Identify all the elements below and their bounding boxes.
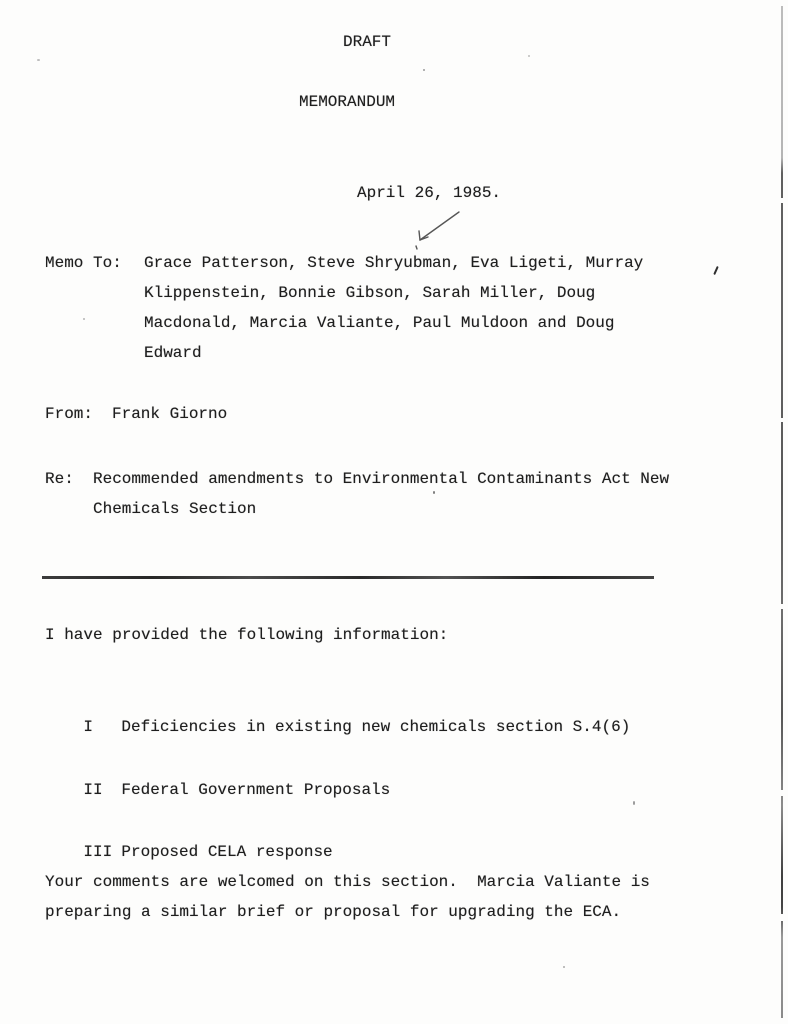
re-line: Chemicals Section [93, 494, 669, 524]
re-line: Recommended amendments to Environmental … [93, 464, 669, 494]
scan-speck [37, 59, 40, 61]
from-label: From: [45, 399, 93, 429]
scan-speck [633, 801, 635, 805]
body-intro: I have provided the following informatio… [45, 620, 448, 650]
memo-to-line: Macdonald, Marcia Valiante, Paul Muldoon… [144, 308, 643, 338]
re-subject: Recommended amendments to Environmental … [93, 464, 669, 524]
memo-to-line: Grace Patterson, Steve Shryubman, Eva Li… [144, 248, 643, 278]
memo-to-recipients: Grace Patterson, Steve Shryubman, Eva Li… [144, 248, 643, 368]
closing-line: Your comments are welcomed on this secti… [45, 867, 650, 897]
outline-item-numeral: I [83, 712, 121, 742]
scan-speck [563, 966, 565, 968]
scan-speck [433, 491, 435, 494]
section-divider [42, 576, 654, 579]
memo-page: DRAFT MEMORANDUM April 26, 1985. Memo To… [0, 0, 788, 1024]
outline-item-text: Deficiencies in existing new chemicals s… [121, 718, 630, 736]
closing-paragraph: Your comments are welcomed on this secti… [45, 867, 650, 927]
scan-speck [83, 318, 85, 320]
closing-line: preparing a similar brief or proposal fo… [45, 897, 650, 927]
outline-item-text: Proposed CELA response [121, 843, 332, 861]
draft-watermark: DRAFT [343, 27, 391, 57]
re-label: Re: [45, 464, 74, 494]
scan-speck [423, 69, 425, 71]
pen-tick-mark [713, 266, 718, 275]
from-value: Frank Giorno [112, 399, 227, 429]
memo-date: April 26, 1985. [357, 178, 501, 208]
handwritten-arrow-mark [404, 209, 466, 253]
memo-to-line: Edward [144, 338, 643, 368]
outline-item-text: Federal Government Proposals [121, 781, 390, 799]
memo-to-label: Memo To: [45, 248, 122, 278]
scan-speck [528, 55, 530, 57]
outline-item-numeral: III [83, 837, 121, 867]
scan-page-edge-line [781, 6, 783, 1018]
outline-item-numeral: II [83, 775, 121, 805]
memo-to-line: Klippenstein, Bonnie Gibson, Sarah Mille… [144, 278, 643, 308]
page-title: MEMORANDUM [299, 87, 395, 117]
